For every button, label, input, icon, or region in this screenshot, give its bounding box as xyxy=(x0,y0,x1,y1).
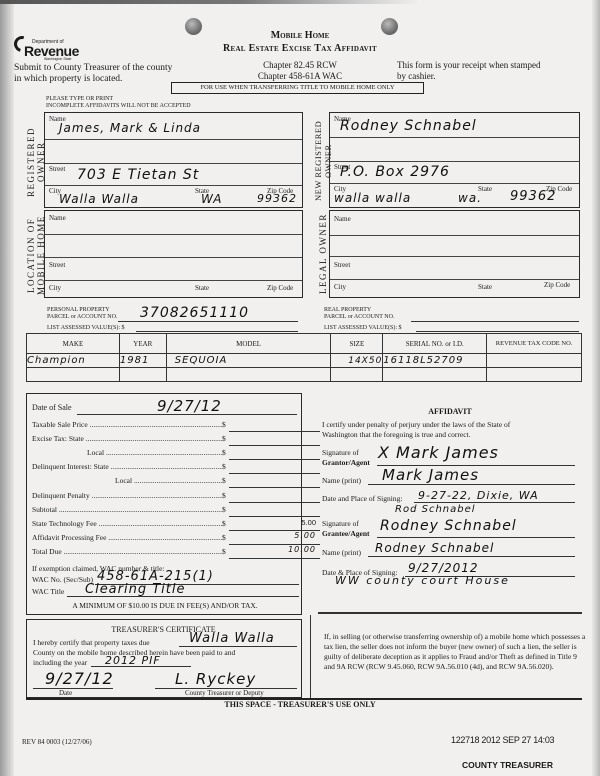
cell-model[interactable]: SEQUOIA xyxy=(166,354,331,368)
legal-owner-box: Name Street City State Zip Code xyxy=(329,210,580,298)
grantor-name-label: Name (print) xyxy=(322,476,361,485)
zip-label: Zip Code xyxy=(267,284,293,292)
fee-row-excise-state: Excise Tax: State ......................… xyxy=(32,434,320,448)
registered-owner-zip[interactable]: 99362 xyxy=(257,192,297,205)
registered-owner-label-1: REGISTERED xyxy=(26,127,36,197)
scan-top-edge xyxy=(0,0,600,4)
grantor-name-print[interactable]: Mark James xyxy=(382,466,479,484)
new-owner-street[interactable]: P.O. Box 2976 xyxy=(340,164,450,180)
cell-size[interactable]: 14X50 xyxy=(331,354,383,368)
affidavit-certify-2: Washington that the foregoing is true an… xyxy=(322,430,471,439)
personal-parcel-label-2: PARCEL or ACCOUNT NO. xyxy=(47,314,117,320)
stamp-office: COUNTY TREASURER xyxy=(462,760,553,770)
treasurer-date-value[interactable]: 9/27/12 xyxy=(45,669,114,688)
fee-row-penalty: Delinquent Penalty .....................… xyxy=(32,491,320,505)
cell-tax-code[interactable] xyxy=(487,368,582,382)
fee-row-technology: State Technology Fee ...................… xyxy=(32,519,320,533)
street-label: Street xyxy=(334,261,350,269)
grantor-date-place[interactable]: 9-27-22, Dixie, WA xyxy=(418,489,539,502)
chapter-wac: Chapter 458-61A WAC xyxy=(240,71,360,81)
scan-edge-right xyxy=(592,0,600,776)
grantee-name-label: Name (print) xyxy=(322,548,361,557)
treasurer-signature[interactable]: L. Ryckey xyxy=(175,670,256,688)
state-label: State xyxy=(478,283,492,291)
fee-label: Taxable Sale Price .....................… xyxy=(32,420,222,429)
grantee-name-print[interactable]: Rodney Schnabel xyxy=(375,541,494,555)
treasurer-cert-line-3: including the year xyxy=(33,658,87,667)
wac-title-label: WAC Title xyxy=(32,587,64,596)
receipt-note-2: by cashier. xyxy=(397,71,436,81)
name-label: Name xyxy=(334,215,351,223)
registered-owner-name[interactable]: James, Mark & Linda xyxy=(59,121,201,135)
grantor-sig-label-2: Grantor/Agent xyxy=(322,458,370,467)
table-row: Champion 1981 SEQUOIA 14X50 16118L52709 xyxy=(27,354,582,368)
cell-serial[interactable]: 16118L52709 xyxy=(383,354,487,368)
agency-state: Washington State xyxy=(44,57,72,61)
new-owner-state[interactable]: wa. xyxy=(458,191,482,205)
affidavit-title: AFFIDAVIT xyxy=(310,407,590,416)
real-parcel-label-2: PARCEL or ACCOUNT NO. xyxy=(324,314,394,320)
form-number: REV 84 0003 (12/27/06) xyxy=(22,738,92,746)
new-owner-zip[interactable]: 99362 xyxy=(510,189,556,204)
new-owner-city[interactable]: walla walla xyxy=(334,191,411,205)
header-make: MAKE xyxy=(27,334,120,354)
fee-row-subtotal: Subtotal ...............................… xyxy=(32,505,320,519)
wac-no-label: WAC No. (Sec/Sub) xyxy=(32,575,93,584)
grantee-annotation: Rod Schnabel xyxy=(395,504,476,515)
cell-year[interactable]: 1981 xyxy=(119,354,166,368)
fee-value[interactable]: 10.00 xyxy=(288,545,316,554)
fee-value[interactable]: 5.00 xyxy=(301,518,316,527)
date-of-sale-label: Date of Sale xyxy=(32,403,72,412)
instruction-2: INCOMPLETE AFFIDAVITS WILL NOT BE ACCEPT… xyxy=(46,103,191,109)
treasurer-use-label: THIS SPACE - TREASURER'S USE ONLY xyxy=(0,700,600,709)
fee-row-interest-local: Local ..................................… xyxy=(32,476,320,490)
header-tax-code: REVENUE TAX CODE NO. xyxy=(487,334,582,354)
title-line-2: Real Estate Excise Tax Affidavit xyxy=(170,43,430,54)
state-label: State xyxy=(195,284,209,292)
city-label: City xyxy=(334,283,346,291)
cell-make[interactable] xyxy=(27,368,120,382)
registered-owner-street[interactable]: 703 E Tietan St xyxy=(77,167,199,183)
treasurer-cert-line-1: I hereby certify that property taxes due xyxy=(33,638,150,647)
scan-edge-left xyxy=(0,0,14,776)
header-year: YEAR xyxy=(119,334,166,354)
grantor-sig-label-1: Signature of xyxy=(322,448,359,457)
grantor-signature[interactable]: X Mark James xyxy=(378,443,499,462)
fee-label: Delinquent Penalty .....................… xyxy=(32,491,222,500)
treasurer-county-value[interactable]: Walla Walla xyxy=(189,631,275,646)
treasurer-signer-label: County Treasurer or Deputy xyxy=(185,689,264,697)
wac-title-value[interactable]: Clearing Title xyxy=(85,582,186,597)
grantee-signature[interactable]: Rodney Schnabel xyxy=(380,518,517,534)
grantee-sig-label-2: Grantee/Agent xyxy=(322,529,370,538)
minimum-note: A MINIMUM OF $10.00 IS DUE IN FEE(S) AND… xyxy=(27,601,303,610)
use-banner: FOR USE WHEN TRANSFERRING TITLE TO MOBIL… xyxy=(171,82,424,94)
street-label: Street xyxy=(49,261,65,269)
grantee-date-value[interactable]: 9/27/2012 xyxy=(408,561,479,575)
cell-tax-code[interactable] xyxy=(487,354,582,368)
fee-label: Excise Tax: State ......................… xyxy=(32,434,222,443)
mobile-home-table: MAKE YEAR MODEL SIZE SERIAL NO. or I.D. … xyxy=(26,333,582,382)
fee-label: Delinquent Interest: State .............… xyxy=(32,462,222,471)
fee-row-total: Total Due ..............................… xyxy=(32,547,320,561)
grantor-date-label: Date and Place of Signing: xyxy=(322,494,402,503)
submit-note-2: in which property is located. xyxy=(14,74,122,84)
real-parcel-label-1: REAL PROPERTY xyxy=(324,307,371,313)
header-model: MODEL xyxy=(166,334,331,354)
fraud-notice: If, in selling (or otherwise transferrin… xyxy=(324,632,588,672)
cell-size[interactable] xyxy=(331,368,383,382)
assessed-label-right: LIST ASSESSED VALUE(S): $ xyxy=(324,325,402,331)
receipt-note-1: This form is your receipt when stamped xyxy=(397,60,540,70)
chapter-rcw: Chapter 82.45 RCW xyxy=(240,60,360,70)
new-owner-box: Name Rodney Schnabel Street P.O. Box 297… xyxy=(329,112,580,208)
table-row xyxy=(27,368,582,382)
receipt-stamp: 122718 2012 SEP 27 14:03 xyxy=(451,735,554,745)
fee-value[interactable]: 5.00 xyxy=(294,531,316,540)
personal-parcel-value[interactable]: 37082651110 xyxy=(140,305,249,321)
name-label: Name xyxy=(49,214,66,222)
assessed-label-left: LIST ASSESSED VALUE(S): $ xyxy=(47,325,125,331)
fee-row-excise-local: Local ..................................… xyxy=(32,448,320,462)
legal-owner-label: LEGAL OWNER xyxy=(318,212,328,296)
fee-label: Local ..................................… xyxy=(32,476,222,485)
registered-owner-state[interactable]: WA xyxy=(201,192,222,206)
grantee-sig-label-1: Signature of xyxy=(322,519,359,528)
treasurer-date-label: Date xyxy=(59,689,72,697)
street-label: Street xyxy=(49,165,65,173)
header-size: SIZE xyxy=(331,334,383,354)
location-label-1: LOCATION OF xyxy=(26,217,36,292)
fee-row-processing: Affidavit Processing Fee ...............… xyxy=(32,533,320,547)
zip-label: Zip Code xyxy=(544,281,570,289)
treasurer-certificate-box: TREASURER'S CERTIFICATE I hereby certify… xyxy=(26,619,302,698)
treasurer-year-value[interactable]: 2012 PIF xyxy=(105,654,161,667)
date-of-sale-value[interactable]: 9/27/12 xyxy=(157,397,222,415)
new-owner-label-1: NEW REGISTERED xyxy=(313,121,323,201)
cell-model[interactable] xyxy=(166,368,331,382)
fee-row-taxable: Taxable Sale Price .....................… xyxy=(32,420,320,434)
cell-serial[interactable] xyxy=(383,368,487,382)
fee-row-interest-state: Delinquent Interest: State .............… xyxy=(32,462,320,476)
cell-year[interactable] xyxy=(119,368,166,382)
city-label: City xyxy=(49,284,61,292)
fee-label: Total Due ..............................… xyxy=(32,547,222,556)
personal-parcel-label-1: PERSONAL PROPERTY xyxy=(47,307,110,313)
location-box: Name Street City State Zip Code xyxy=(44,210,303,298)
sale-box: Date of Sale 9/27/12 Taxable Sale Price … xyxy=(26,393,302,615)
affidavit-certify-1: I certify under penalty of perjury under… xyxy=(322,420,510,429)
title-line-1: Mobile Home xyxy=(200,30,400,41)
cell-make[interactable]: Champion xyxy=(27,354,120,368)
table-header-row: MAKE YEAR MODEL SIZE SERIAL NO. or I.D. … xyxy=(27,334,582,354)
submit-note-1: Submit to County Treasurer of the county xyxy=(14,63,172,73)
fee-label: Subtotal ...............................… xyxy=(32,505,222,514)
instruction-1: PLEASE TYPE OR PRINT xyxy=(46,96,113,102)
header-serial: SERIAL NO. or I.D. xyxy=(383,334,487,354)
fee-label: Local ..................................… xyxy=(32,448,222,457)
registered-owner-box: Name James, Mark & Linda Street 703 E Ti… xyxy=(44,112,303,208)
registered-owner-city[interactable]: Walla Walla xyxy=(59,192,139,206)
fee-label: State Technology Fee ...................… xyxy=(32,519,222,528)
fee-label: Affidavit Processing Fee ...............… xyxy=(32,533,222,542)
new-owner-name[interactable]: Rodney Schnabel xyxy=(340,118,477,134)
grantee-place-value[interactable]: WW county court House xyxy=(335,574,510,587)
